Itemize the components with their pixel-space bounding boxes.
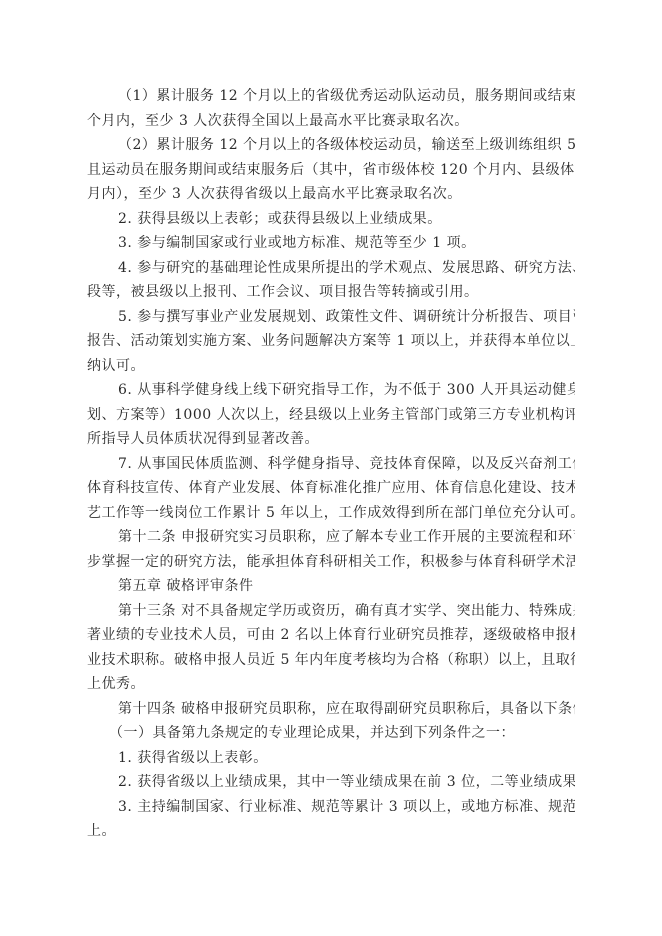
text-line: 且运动员在服务期间或结束服务后（其中，省市级体校 120 个月内、县级体校 15… xyxy=(87,158,575,183)
text-line: 上优秀。 xyxy=(87,672,575,697)
text-line: 段等，被县级以上报刊、工作会议、项目报告等转摘或引用。 xyxy=(87,280,575,305)
article-12-heading-line: 第十二条 申报研究实习员职称，应了解本专业工作开展的主要流程和环节，初 xyxy=(87,525,575,550)
text-line: 1. 获得省级以上表彰。 xyxy=(87,746,575,771)
text-line: 月内），至少 3 人次获得省级以上最高水平比赛录取名次。 xyxy=(87,182,575,207)
text-line: 划、方案等）1000 人次以上，经县级以上业务主管部门或第三方专业机构评估确认， xyxy=(87,403,575,428)
text-line: 4. 参与研究的基础理论性成果所提出的学术观点、发展思路、研究方法、技术手 xyxy=(87,256,575,281)
text-line: （1）累计服务 12 个月以上的省级优秀运动队运动员，服务期间或结束服务后 48 xyxy=(87,84,575,109)
text-line: （2）累计服务 12 个月以上的各级体校运动员，输送至上级训练组织 5 名以上， xyxy=(87,133,575,158)
text-line: 上。 xyxy=(87,819,575,844)
article-14-heading-line: 第十四条 破格申报研究员职称，应在取得副研究员职称后，具备以下条件之一： xyxy=(87,697,575,722)
text-line: 业技术职称。破格申报人员近 5 年内年度考核均为合格（称职）以上，且取得 2 次… xyxy=(87,648,575,673)
text-line: 体育科技宣传、体育产业发展、体育标准化推广应用、体育信息化建设、技术技能技 xyxy=(87,476,575,501)
article-13-heading-line: 第十三条 对不具备规定学历或资历，确有真才实学、突出能力、特殊成果、显 xyxy=(87,599,575,624)
text-line: 纳认可。 xyxy=(87,354,575,379)
text-line: 报告、活动策划实施方案、业务问题解决方案等 1 项以上，并获得本单位以上层面采 xyxy=(87,329,575,354)
text-line: 5. 参与撰写事业产业发展规划、政策性文件、调研统计分析报告、项目咨询评估 xyxy=(87,305,575,330)
text-line: 艺工作等一线岗位工作累计 5 年以上，工作成效得到所在部门单位充分认可。 xyxy=(87,501,575,526)
text-line: 6. 从事科学健身线上线下研究指导工作，为不低于 300 人开具运动健身处方（计 xyxy=(87,378,575,403)
text-line: 步掌握一定的研究方法，能承担体育科研相关工作，积极参与体育科研学术活动。 xyxy=(87,550,575,575)
text-line: 2. 获得县级以上表彰；或获得县级以上业绩成果。 xyxy=(87,207,575,232)
text-line: 所指导人员体质状况得到显著改善。 xyxy=(87,427,575,452)
chapter-5-heading: 第五章 破格评审条件 xyxy=(87,574,575,599)
text-line: 3. 主持编制国家、行业标准、规范等累计 3 项以上，或地方标准、规范等 5 项… xyxy=(87,795,575,820)
text-line: 7. 从事国民体质监测、科学健身指导、竞技体育保障，以及反兴奋剂工作开展、 xyxy=(87,452,575,477)
text-line: （一）具备第九条规定的专业理论成果，并达到下列条件之一： xyxy=(87,721,575,746)
text-line: 2. 获得省级以上业绩成果，其中一等业绩成果在前 3 位，二等业绩成果在第 1 … xyxy=(87,770,575,795)
text-line: 著业绩的专业技术人员，可由 2 名以上体育行业研究员推荐，逐级破格申报相应的专 xyxy=(87,623,575,648)
text-line: 个月内，至少 3 人次获得全国以上最高水平比赛录取名次。 xyxy=(87,109,575,134)
text-line: 3. 参与编制国家或行业或地方标准、规范等至少 1 项。 xyxy=(87,231,575,256)
document-page: （1）累计服务 12 个月以上的省级优秀运动队运动员，服务期间或结束服务后 48… xyxy=(87,84,575,844)
